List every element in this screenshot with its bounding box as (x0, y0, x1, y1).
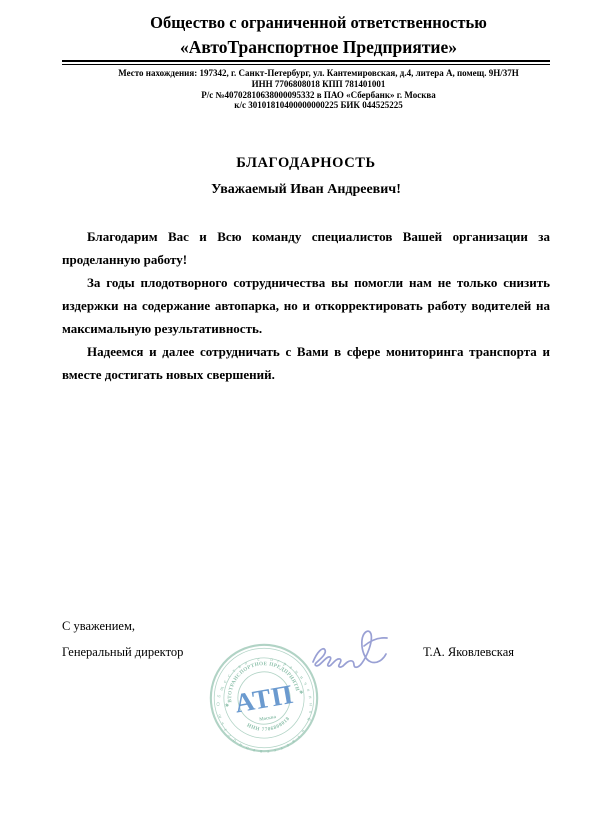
address-line: Место нахождения: 197342, г. Санкт-Петер… (62, 68, 575, 79)
paragraph: Благодарим Вас и Всю команду специалисто… (62, 225, 550, 271)
org-name: «АвтоТранспортное Предприятие» (62, 37, 575, 58)
signer-position: Генеральный директор (62, 645, 183, 660)
address-line: к/с 30101810400000000225 БИК 044525225 (62, 100, 575, 111)
paragraph: Надеемся и далее сотрудничать с Вами в с… (62, 340, 550, 386)
letter-title: БЛАГОДАРНОСТЬ (62, 155, 550, 172)
signature-scribble-icon (306, 626, 398, 676)
org-type: Общество с ограниченной ответственностью (62, 13, 575, 33)
paragraph: За годы плодотворного сотрудничества вы … (62, 271, 550, 340)
letterhead: Общество с ограниченной ответственностью… (62, 13, 575, 58)
letter-body: Благодарим Вас и Всю команду специалисто… (62, 225, 550, 386)
letterhead-address: Место нахождения: 197342, г. Санкт-Петер… (62, 68, 575, 111)
letterhead-divider (62, 60, 550, 65)
document-page: Общество с ограниченной ответственностью… (0, 0, 595, 818)
signer-name: Т.А. Яковлевская (423, 645, 514, 660)
address-line: ИНН 7706808018 КПП 781401001 (62, 79, 575, 90)
stamp-star-left: ✱ (225, 703, 230, 710)
address-line: Р/с №40702810638000095332 в ПАО «Сбербан… (62, 90, 575, 101)
salutation: Уважаемый Иван Андреевич! (62, 182, 550, 198)
title-block: БЛАГОДАРНОСТЬ Уважаемый Иван Андреевич! (62, 155, 550, 198)
